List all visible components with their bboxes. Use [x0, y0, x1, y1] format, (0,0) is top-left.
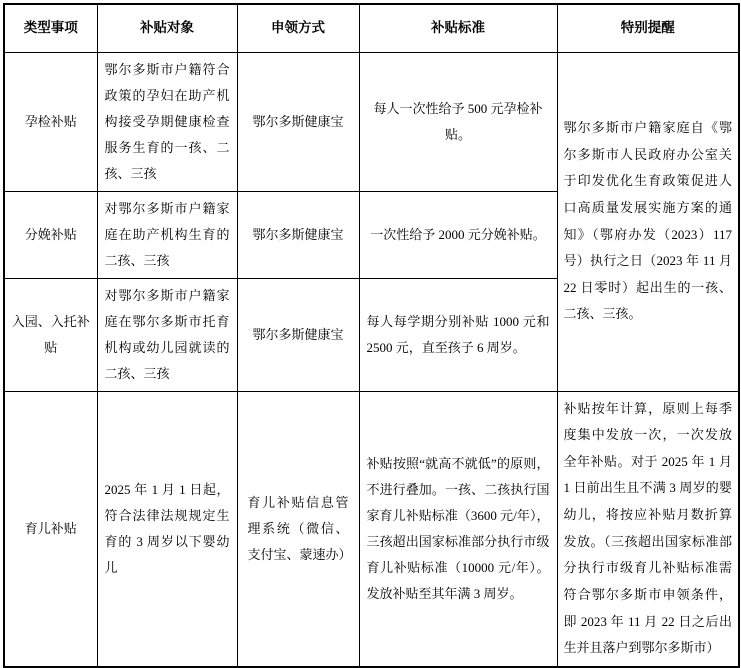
col-header-method: 申领方式	[237, 4, 359, 52]
cell-target: 鄂尔多斯市户籍符合政策的孕妇在助产机构接受孕期健康检查服务生育的一孩、二孩、三孩	[97, 52, 237, 191]
subsidy-table: 类型事项 补贴对象 申领方式 补贴标准 特别提醒 孕检补贴 鄂尔多斯市户籍符合政…	[3, 3, 740, 668]
cell-type: 入园、入托补贴	[4, 278, 97, 391]
col-header-target: 补贴对象	[97, 4, 237, 52]
cell-standard: 每人一次性给予 500 元孕检补贴。	[359, 52, 557, 191]
cell-method: 鄂尔多斯健康宝	[237, 191, 359, 278]
cell-method: 育儿补贴信息管理系统（微信、支付宝、蒙速办）	[237, 391, 359, 667]
cell-type: 分娩补贴	[4, 191, 97, 278]
cell-reminder-merged: 鄂尔多斯市户籍家庭自《鄂尔多斯市人民政府办公室关于印发优化生育政策促进人口高质量…	[557, 52, 739, 391]
table-row-pregnancy-check: 孕检补贴 鄂尔多斯市户籍符合政策的孕妇在助产机构接受孕期健康检查服务生育的一孩、…	[4, 52, 739, 191]
table-header-row: 类型事项 补贴对象 申领方式 补贴标准 特别提醒	[4, 4, 739, 52]
cell-type: 孕检补贴	[4, 52, 97, 191]
cell-standard: 补贴按照“就高不就低”的原则，不进行叠加。一孩、二孩执行国家育儿补贴标准（360…	[359, 391, 557, 667]
cell-type: 育儿补贴	[4, 391, 97, 667]
cell-target: 对鄂尔多斯市户籍家庭在鄂尔多斯市托育机构或幼儿园就读的二孩、三孩	[97, 278, 237, 391]
col-header-reminder: 特别提醒	[557, 4, 739, 52]
cell-target: 对鄂尔多斯市户籍家庭在助产机构生育的二孩、三孩	[97, 191, 237, 278]
page: 类型事项 补贴对象 申领方式 补贴标准 特别提醒 孕检补贴 鄂尔多斯市户籍符合政…	[0, 0, 741, 551]
cell-reminder: 补贴按年计算，原则上每季度集中发放一次，一次发放全年补贴。对于 2025 年 1…	[557, 391, 739, 667]
cell-method: 鄂尔多斯健康宝	[237, 278, 359, 391]
col-header-type: 类型事项	[4, 4, 97, 52]
cell-standard: 每人每学期分别补贴 1000 元和 2500 元，直至孩子 6 周岁。	[359, 278, 557, 391]
col-header-standard: 补贴标准	[359, 4, 557, 52]
cell-standard: 一次性给予 2000 元分娩补贴。	[359, 191, 557, 278]
table-row-childcare: 育儿补贴 2025 年 1 月 1 日起，符合法律法规规定生育的 3 周岁以下婴…	[4, 391, 739, 667]
cell-target: 2025 年 1 月 1 日起，符合法律法规规定生育的 3 周岁以下婴幼儿	[97, 391, 237, 667]
cell-method: 鄂尔多斯健康宝	[237, 52, 359, 191]
